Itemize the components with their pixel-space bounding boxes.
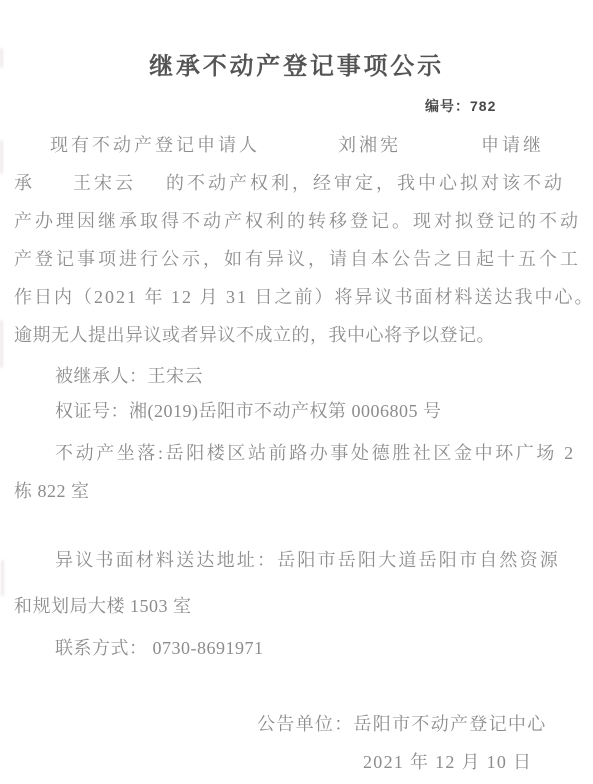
paragraph1-line3: 产办理因继承取得不动产权利的转移登记。现对拟登记的不动 — [14, 210, 581, 232]
blank-gap — [260, 150, 338, 151]
decedent-line: 被继承人：王宋云 — [55, 365, 203, 387]
decedent-name-inline: 王宋云 — [73, 173, 136, 193]
applicant-name: 刘湘宪 — [338, 135, 401, 155]
p1-line1-post: 申请继 — [481, 135, 544, 155]
paragraph1-line2: 承王宋云的不动产权利，经审定，我中心拟对该不动 — [14, 172, 565, 194]
paragraph1-line6: 逾期无人提出异议或者异议不成立的，我中心将予以登记。 — [14, 324, 495, 346]
blank-gap — [401, 150, 481, 151]
certificate-number-line: 权证号：湘(2019)岳阳市不动产权第 0006805 号 — [55, 400, 442, 422]
scan-artifact — [0, 140, 3, 174]
paragraph1-line5: 作日内（2021 年 12 月 31 日之前）将异议书面材料送达我中心。 — [14, 286, 593, 308]
objection-address-line1: 异议书面材料送达地址：岳阳市岳阳大道岳阳市自然资源 — [55, 549, 560, 571]
blank-gap — [35, 188, 73, 189]
notice-title: 继承不动产登记事项公示 — [0, 46, 593, 81]
blank-gap — [136, 188, 166, 189]
paragraph-indent — [14, 150, 50, 151]
p1-line1-pre: 现有不动产登记申请人 — [50, 135, 260, 155]
scan-artifact — [0, 320, 3, 368]
scan-artifact — [1, 560, 4, 596]
contact-line: 联系方式： 0730-8691971 — [55, 637, 264, 659]
paragraph1-line4: 产登记事项进行公示，如有异议，请自本公告之日起十五个工 — [14, 248, 581, 270]
property-location-line1: 不动产坐落:岳阳楼区站前路办事处德胜社区金中环广场 2 — [55, 442, 576, 464]
scanned-notice-page: 继承不动产登记事项公示 编号：782 现有不动产登记申请人刘湘宪申请继 承王宋云… — [0, 0, 593, 784]
property-location-line2: 栋 822 室 — [14, 480, 90, 502]
paragraph1-line1: 现有不动产登记申请人刘湘宪申请继 — [14, 134, 544, 156]
p1-line2-post: 的不动产权利，经审定，我中心拟对该不动 — [166, 173, 565, 193]
objection-address-line2: 和规划局大楼 1503 室 — [14, 595, 192, 617]
date-line: 2021 年 12 月 10 日 — [363, 748, 532, 774]
issuer-line: 公告单位：岳阳市不动产登记中心 — [257, 710, 547, 736]
doc-number: 编号：782 — [425, 96, 496, 116]
p1-line2-pre: 承 — [14, 173, 35, 193]
